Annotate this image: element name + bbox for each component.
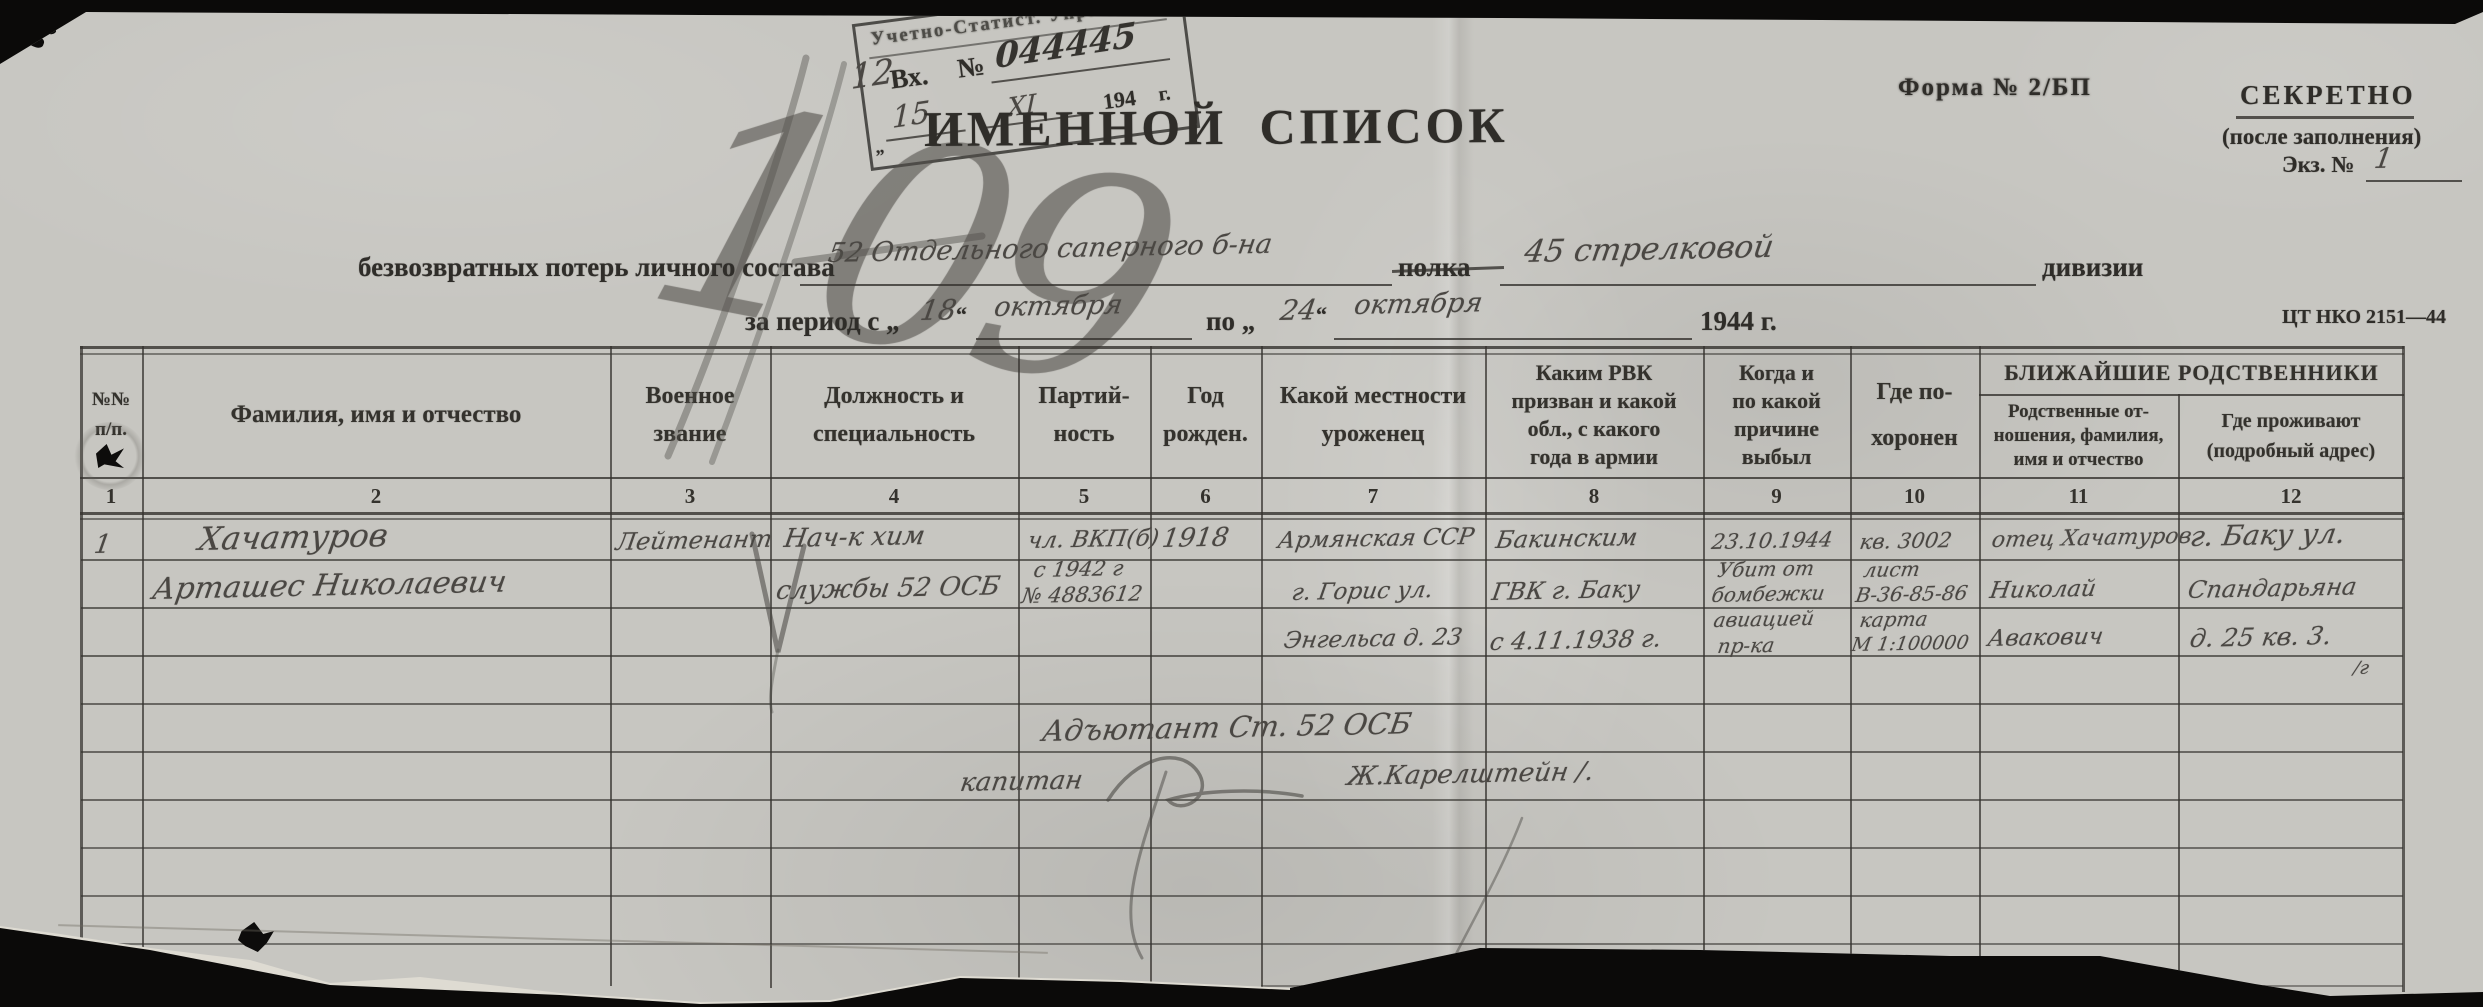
row1-party-line1: чл. ВКП(б) bbox=[1026, 525, 1161, 554]
header-col-8-line: призван и какой bbox=[1511, 387, 1676, 415]
row1-burial-line2: лист bbox=[1862, 557, 1922, 582]
colnum-value: 4 bbox=[889, 484, 900, 509]
colnum-10: 10 bbox=[1850, 482, 1979, 510]
period-to-day: 24 bbox=[1278, 293, 1319, 327]
row1-rvk-line2: ГВК г. Баку bbox=[1490, 575, 1642, 606]
row1-burial-line3: В-36-85-86 bbox=[1854, 581, 1969, 607]
row1-address-note: /г bbox=[2352, 658, 2370, 679]
header-col-7: Какой местности уроженец bbox=[1261, 352, 1485, 477]
copy-number-underline bbox=[2366, 180, 2462, 182]
header-col-9-line: Когда и bbox=[1739, 359, 1814, 387]
signature-title-line: Адъютант Ст. 52 ОСБ bbox=[1040, 706, 1414, 748]
header-col-4: Должность и специальность bbox=[770, 352, 1018, 477]
header-col-3-line: звание bbox=[654, 415, 727, 453]
numbering-bottom-line-2 bbox=[80, 518, 2404, 520]
row1-party-line2: с 1942 г bbox=[1032, 556, 1125, 582]
row1-birthplace-line2: г. Горис ул. bbox=[1290, 577, 1435, 606]
division-underline bbox=[1500, 284, 2036, 286]
header-col-9: Когда и по какой причине выбыл bbox=[1703, 352, 1850, 477]
header-col-4-line: специальность bbox=[813, 415, 975, 453]
colnum-value: 9 bbox=[1771, 484, 1782, 509]
row1-position-line2: службы 52 ОСБ bbox=[774, 571, 1002, 606]
row1-birthplace-line3: Энгельса д. 23 bbox=[1282, 624, 1464, 654]
period-from-quote: “ bbox=[956, 302, 967, 328]
colnum-value: 10 bbox=[1904, 484, 1925, 509]
header-col-2-line: Фамилия, имя и отчество bbox=[231, 401, 522, 429]
header-col-5: Партий- ность bbox=[1018, 352, 1150, 477]
body-line-1 bbox=[81, 559, 2403, 561]
secret-underline bbox=[2236, 116, 2414, 119]
document-title: ИМЕННОЙ СПИСОК bbox=[924, 96, 1509, 158]
form-number-label: Форма № 2/БП bbox=[1898, 74, 2092, 102]
period-from-day: 18 bbox=[918, 293, 959, 327]
subtitle-suffix: дивизии bbox=[2042, 252, 2143, 283]
row1-burial-line5: М 1:100000 bbox=[1850, 632, 1970, 656]
colnum-12: 12 bbox=[2178, 482, 2404, 510]
header-col-6-line: Год bbox=[1187, 377, 1224, 415]
colnum-3: 3 bbox=[610, 482, 770, 510]
colnum-2: 2 bbox=[142, 482, 610, 510]
header-col-4-line: Должность и bbox=[824, 377, 964, 415]
row1-rank: Лейтенант bbox=[614, 525, 774, 556]
header-col-11-line: Родственные от- bbox=[2008, 400, 2149, 424]
header-col-3-line: Военное bbox=[646, 377, 735, 415]
body-line-3 bbox=[81, 655, 2403, 657]
tear-crease-line bbox=[58, 924, 1048, 954]
row1-casualty-line5: пр-ка bbox=[1716, 633, 1776, 658]
colnum-value: 6 bbox=[1200, 484, 1211, 509]
header-col-8-line: Каким РВК bbox=[1536, 359, 1653, 387]
header-col-7-line: Какой местности bbox=[1280, 377, 1466, 415]
scanned-document-page: Форма № 2/БП СЕКРЕТНО (после заполнения)… bbox=[0, 0, 2483, 1007]
row1-birthplace-line1: Армянская ССР bbox=[1276, 524, 1476, 554]
row1-position-line1: Нач-к хим bbox=[782, 521, 927, 554]
paper-sheet: Форма № 2/БП СЕКРЕТНО (после заполнения)… bbox=[0, 0, 2483, 1007]
header-col-1-line: №№ bbox=[92, 385, 130, 415]
body-line-4 bbox=[81, 703, 2403, 705]
header-col-10-line: хоронен bbox=[1871, 415, 1958, 461]
header-col-11-line: имя и отчество bbox=[2014, 448, 2144, 472]
from-month-underline bbox=[976, 338, 1192, 340]
row1-name-line1: Хачатуров bbox=[196, 516, 391, 558]
body-line-6 bbox=[81, 799, 2403, 801]
header-col-5-line: Партий- bbox=[1038, 377, 1129, 415]
secret-stamp-label: СЕКРЕТНО bbox=[2240, 80, 2416, 111]
relatives-group-header: БЛИЖАЙШИЕ РОДСТВЕННИКИ bbox=[1979, 352, 2404, 394]
body-line-10 bbox=[1261, 985, 2403, 987]
period-prefix: за период с „ bbox=[745, 306, 900, 337]
body-line-9 bbox=[81, 943, 2403, 945]
colnum-value: 2 bbox=[371, 484, 382, 509]
colnum-value: 8 bbox=[1589, 484, 1600, 509]
signature-name: Ж.Карелштейн /. bbox=[1345, 757, 1596, 792]
colnum-value: 11 bbox=[2069, 484, 2089, 509]
colnum-7: 7 bbox=[1261, 482, 1485, 510]
colnum-value: 7 bbox=[1368, 484, 1379, 509]
period-year: 1944 г. bbox=[1700, 306, 1777, 337]
row1-casualty-line1: 23.10.1944 bbox=[1710, 527, 1834, 554]
row1-casualty-line3: бомбежки bbox=[1710, 581, 1827, 607]
header-col-8: Каким РВК призван и какой обл., с какого… bbox=[1485, 352, 1703, 477]
subtitle-prefix: безвозвратных потерь личного состава bbox=[358, 252, 835, 283]
row1-relative-line1: отец Хачатуров bbox=[1990, 524, 2193, 553]
header-col-12-line: Где проживают bbox=[2221, 406, 2360, 436]
header-col-6-line: рожден. bbox=[1163, 415, 1248, 453]
ink-blot bbox=[238, 922, 274, 952]
row1-relative-line3: Авакович bbox=[1986, 624, 2105, 652]
copy-number-label: Экз. № bbox=[2282, 152, 2354, 178]
header-col-8-line: года в армии bbox=[1530, 443, 1658, 471]
print-code: ЦТ НКО 2151—44 bbox=[2282, 306, 2446, 329]
body-line-2 bbox=[81, 607, 2403, 609]
colnum-9: 9 bbox=[1703, 482, 1850, 510]
header-col-7-line: уроженец bbox=[1322, 415, 1425, 453]
header-col-9-line: по какой bbox=[1732, 387, 1821, 415]
row1-address-line1: г. Баку ул. bbox=[2188, 517, 2348, 553]
row1-name-line2: Арташес Николаевич bbox=[150, 565, 509, 607]
header-col-5-line: ность bbox=[1054, 415, 1115, 453]
header-col-12-line: (подробный адрес) bbox=[2207, 436, 2375, 466]
stamp-number-sign: № bbox=[956, 50, 987, 84]
body-line-5 bbox=[81, 751, 2403, 753]
header-col-11: Родственные от- ношения, фамилия, имя и … bbox=[1979, 396, 2178, 476]
header-col-3: Военное звание bbox=[610, 352, 770, 477]
header-col-6: Год рожден. bbox=[1150, 352, 1261, 477]
row1-burial-line4: карта bbox=[1858, 607, 1930, 632]
header-bottom-line bbox=[80, 477, 2404, 479]
header-col-12: Где проживают (подробный адрес) bbox=[2178, 396, 2404, 476]
signature-rank: капитан bbox=[958, 765, 1085, 798]
row1-address-line2: Спандарьяна bbox=[2186, 572, 2359, 604]
relatives-group-label: БЛИЖАЙШИЕ РОДСТВЕННИКИ bbox=[2004, 360, 2378, 386]
row1-birth-year: 1918 bbox=[1160, 523, 1231, 554]
colnum-value: 12 bbox=[2281, 484, 2302, 509]
header-col-2: Фамилия, имя и отчество bbox=[142, 352, 610, 477]
row1-rvk-line3: с 4.11.1938 г. bbox=[1488, 624, 1664, 656]
unit-underline bbox=[800, 284, 1392, 286]
header-col-8-line: обл., с какого bbox=[1528, 415, 1661, 443]
row1-party-line3: № 4883612 bbox=[1020, 581, 1144, 608]
colnum-8: 8 bbox=[1485, 482, 1703, 510]
header-col-11-line: ношения, фамилия, bbox=[1994, 424, 2164, 448]
colnum-4: 4 bbox=[770, 482, 1018, 510]
colnum-value: 5 bbox=[1079, 484, 1090, 509]
period-to-quote: “ bbox=[1316, 302, 1327, 328]
row1-rvk-line1: Бакинским bbox=[1494, 523, 1640, 554]
to-month-underline bbox=[1334, 338, 1692, 340]
numbering-bottom-line bbox=[80, 512, 2404, 515]
paper-speck-1 bbox=[27, 34, 46, 50]
paper-speck-2 bbox=[47, 27, 56, 35]
colnum-6: 6 bbox=[1150, 482, 1261, 510]
colnum-5: 5 bbox=[1018, 482, 1150, 510]
paper-hole-ring bbox=[74, 422, 146, 490]
header-col-9-line: причине bbox=[1734, 415, 1819, 443]
period-po: по „ bbox=[1206, 306, 1255, 337]
division-value: 45 стрелковой bbox=[1522, 229, 1776, 270]
row1-num: 1 bbox=[92, 530, 113, 560]
row1-burial-line1: кв. 3002 bbox=[1858, 528, 1954, 554]
row1-casualty-line4: авиацией bbox=[1712, 606, 1816, 632]
colnum-11: 11 bbox=[1979, 482, 2178, 510]
header-col-9-line: выбыл bbox=[1742, 443, 1812, 471]
period-from-month: октября bbox=[992, 289, 1125, 323]
body-line-7 bbox=[81, 847, 2403, 849]
table-top-border bbox=[80, 346, 2404, 349]
copy-number-value: 1 bbox=[2372, 142, 2395, 175]
period-to-month: октября bbox=[1352, 287, 1485, 321]
row1-casualty-line2: Убит от bbox=[1716, 556, 1816, 582]
row1-address-line3: д. 25 кв. 3. bbox=[2188, 621, 2334, 653]
colnum-value: 3 bbox=[685, 484, 696, 509]
header-col-10: Где по- хоронен bbox=[1850, 352, 1979, 477]
row1-relative-line2: Николай bbox=[1988, 576, 2098, 604]
body-line-8 bbox=[81, 895, 2403, 897]
header-col-10-line: Где по- bbox=[1876, 369, 1952, 415]
